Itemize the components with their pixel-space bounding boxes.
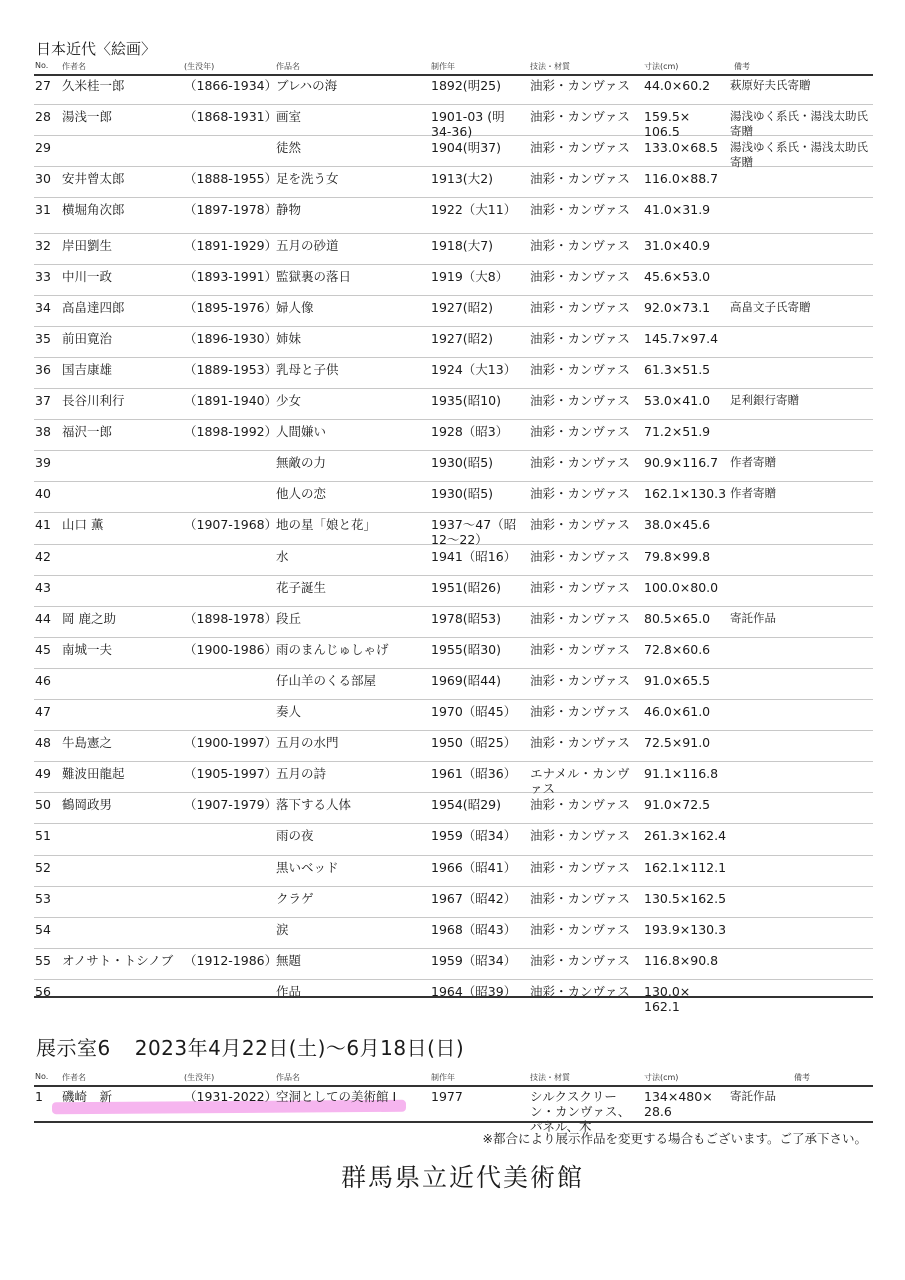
table-row: 34高畠達四郎（1895-1976）婦人像1927(昭2)油彩・カンヴァス92.… <box>34 296 873 327</box>
table-row: 32岸田劉生（1891-1929）五月の砂道1918(大7)油彩・カンヴァス31… <box>34 234 873 265</box>
artist-name: オノサト・トシノブ <box>62 953 173 968</box>
technique-material: 油彩・カンヴァス <box>530 673 635 688</box>
artist-name: 長谷川利行 <box>62 393 125 408</box>
artist-name: 南城一夫 <box>62 642 112 657</box>
dimensions: 145.7×97.4 <box>644 331 724 346</box>
artist-name: 前田寛治 <box>62 331 112 346</box>
table-row: 28湯浅一郎（1868-1931）画室1901-03 (明34-36)油彩・カン… <box>34 105 873 136</box>
artist-name: 難波田龍起 <box>62 766 125 781</box>
remarks: 湯浅ゆく系氏・湯浅太助氏寄贈 <box>730 140 876 170</box>
production-year: 1930(昭5) <box>431 455 523 470</box>
production-year: 1937～47（昭12～22） <box>431 517 523 547</box>
work-title: 涙 <box>276 922 289 937</box>
remarks: 作者寄贈 <box>730 486 876 501</box>
technique-material: 油彩・カンヴァス <box>530 455 635 470</box>
production-year: 1959（昭34） <box>431 953 523 968</box>
table-row: 55オノサト・トシノブ（1912-1986）無題1959（昭34）油彩・カンヴァ… <box>34 949 873 980</box>
artist-name: 牛島憲之 <box>62 735 112 750</box>
technique-material: 油彩・カンヴァス <box>530 393 635 408</box>
row-number: 40 <box>35 486 51 501</box>
table-row: 47奏人1970（昭45）油彩・カンヴァス46.0×61.0 <box>34 700 873 731</box>
artist-name: 安井曾太郎 <box>62 171 125 186</box>
remarks: 湯浅ゆく系氏・湯浅太助氏寄贈 <box>730 109 876 139</box>
row-number: 36 <box>35 362 51 377</box>
row-number: 46 <box>35 673 51 688</box>
table-row: 27久米桂一郎（1866-1934）ブレハの海1892(明25)油彩・カンヴァス… <box>34 74 873 105</box>
row-number: 51 <box>35 828 51 843</box>
remarks: 高畠文子氏寄贈 <box>730 300 876 315</box>
dimensions: 31.0×40.9 <box>644 238 724 253</box>
production-year: 1954(昭29) <box>431 797 523 812</box>
work-title: 姉妹 <box>276 331 301 346</box>
work-title: ブレハの海 <box>276 78 337 93</box>
production-year: 1935(昭10) <box>431 393 523 408</box>
dimensions: 72.5×91.0 <box>644 735 724 750</box>
work-title: 水 <box>276 549 289 564</box>
technique-material: 油彩・カンヴァス <box>530 642 635 657</box>
life-years: （1898-1992） <box>184 424 277 439</box>
notice-text: ※都合により展示作品を変更する場合もございます。ご了承下さい。 <box>483 1129 867 1147</box>
col-life: (生没年) <box>184 61 214 72</box>
dimensions: 130.5×162.5 <box>644 891 724 906</box>
table-row: 1磯崎 新（1931-2022）空洞としての美術館 I1977シルクスクリーン・… <box>34 1085 873 1121</box>
production-year: 1941（昭16） <box>431 549 523 564</box>
row-number: 43 <box>35 580 51 595</box>
life-years: （1891-1929） <box>184 238 277 253</box>
artist-name: 山口 薫 <box>62 517 103 532</box>
table-row: 51雨の夜1959（昭34）油彩・カンヴァス261.3×162.4 <box>34 824 873 856</box>
table-row: 38福沢一郎（1898-1992）人間嫌い1928（昭3）油彩・カンヴァス71.… <box>34 420 873 451</box>
table-row: 50鶴岡政男（1907-1979）落下する人体1954(昭29)油彩・カンヴァス… <box>34 793 873 824</box>
dimensions: 38.0×45.6 <box>644 517 724 532</box>
technique-material: 油彩・カンヴァス <box>530 735 635 750</box>
artist-name: 鶴岡政男 <box>62 797 112 812</box>
col-title: 作品名 <box>276 1072 300 1083</box>
table-row: 29徒然1904(明37)油彩・カンヴァス133.0×68.5湯浅ゆく系氏・湯浅… <box>34 136 873 167</box>
dimensions: 91.0×72.5 <box>644 797 724 812</box>
dimensions: 44.0×60.2 <box>644 78 724 93</box>
artist-name: 岡 鹿之助 <box>62 611 116 626</box>
table-row: 40他人の恋1930(昭5)油彩・カンヴァス162.1×130.3作者寄贈 <box>34 482 873 513</box>
row-number: 45 <box>35 642 51 657</box>
dimensions: 91.1×116.8 <box>644 766 724 781</box>
technique-material: 油彩・カンヴァス <box>530 828 635 843</box>
dimensions: 46.0×61.0 <box>644 704 724 719</box>
work-title: 静物 <box>276 202 301 217</box>
production-year: 1961（昭36） <box>431 766 523 781</box>
work-title: 黒いベッド <box>276 860 339 875</box>
work-title: 仔山羊のくる部屋 <box>276 673 376 688</box>
artist-name: 岸田劉生 <box>62 238 112 253</box>
col-artist: 作者名 <box>62 61 86 72</box>
work-title: 画室 <box>276 109 301 124</box>
work-title: 五月の水門 <box>276 735 339 750</box>
dimensions: 162.1×130.3 <box>644 486 724 501</box>
table-row: 52黒いベッド1966（昭41）油彩・カンヴァス162.1×112.1 <box>34 856 873 887</box>
dimensions: 159.5× 106.5 <box>644 109 724 139</box>
table-row: 42水1941（昭16）油彩・カンヴァス79.8×99.8 <box>34 545 873 576</box>
row-number: 47 <box>35 704 51 719</box>
work-title: 五月の詩 <box>276 766 326 781</box>
life-years: （1866-1934） <box>184 78 277 93</box>
work-title: 花子誕生 <box>276 580 326 595</box>
table-row: 33中川一政（1893-1991）監獄裏の落日1919（大8）油彩・カンヴァス4… <box>34 265 873 296</box>
technique-material: 油彩・カンヴァス <box>530 922 635 937</box>
production-year: 1966（昭41） <box>431 860 523 875</box>
col-note: 備考 <box>794 1072 810 1083</box>
row-number: 39 <box>35 455 51 470</box>
room6-title: 展示室6 <box>36 1036 111 1060</box>
row-number: 1 <box>35 1089 43 1104</box>
technique-material: 油彩・カンヴァス <box>530 549 635 564</box>
room6-end-rule <box>34 1121 873 1123</box>
table-row: 54涙1968（昭43）油彩・カンヴァス193.9×130.3 <box>34 918 873 949</box>
dimensions: 116.0×88.7 <box>644 171 724 186</box>
life-years: （1868-1931） <box>184 109 277 124</box>
table-row: 31横堀角次郎（1897-1978）静物1922（大11）油彩・カンヴァス41.… <box>34 198 873 234</box>
work-title: クラゲ <box>276 891 314 906</box>
row-number: 32 <box>35 238 51 253</box>
row-number: 53 <box>35 891 51 906</box>
dimensions: 90.9×116.7 <box>644 455 724 470</box>
row-number: 52 <box>35 860 51 875</box>
production-year: 1924（大13） <box>431 362 523 377</box>
artist-name: 国吉康雄 <box>62 362 112 377</box>
row-number: 34 <box>35 300 51 315</box>
life-years: （1931-2022） <box>184 1089 277 1104</box>
remarks: 足利銀行寄贈 <box>730 393 876 408</box>
work-title: 雨のまんじゅしゃげ <box>276 642 389 657</box>
row-number: 44 <box>35 611 51 626</box>
row-number: 27 <box>35 78 51 93</box>
dimensions: 116.8×90.8 <box>644 953 724 968</box>
table-row: 41山口 薫（1907-1968）地の星「娘と花」1937～47（昭12～22）… <box>34 513 873 545</box>
table-row: 48牛島憲之（1900-1997）五月の水門1950（昭25）油彩・カンヴァス7… <box>34 731 873 762</box>
table-row: 53クラゲ1967（昭42）油彩・カンヴァス130.5×162.5 <box>34 887 873 918</box>
technique-material: 油彩・カンヴァス <box>530 109 635 124</box>
technique-material: 油彩・カンヴァス <box>530 300 635 315</box>
life-years: （1896-1930） <box>184 331 277 346</box>
dimensions: 45.6×53.0 <box>644 269 724 284</box>
technique-material: 油彩・カンヴァス <box>530 202 635 217</box>
row-number: 28 <box>35 109 51 124</box>
dimensions: 72.8×60.6 <box>644 642 724 657</box>
remarks: 寄託作品 <box>730 611 876 626</box>
works-table: 27久米桂一郎（1866-1934）ブレハの海1892(明25)油彩・カンヴァス… <box>34 74 873 1012</box>
work-title: 雨の夜 <box>276 828 314 843</box>
production-year: 1913(大2) <box>431 171 523 186</box>
work-title: 落下する人体 <box>276 797 351 812</box>
row-number: 30 <box>35 171 51 186</box>
production-year: 1918(大7) <box>431 238 523 253</box>
table-row: 37長谷川利行（1891-1940）少女1935(昭10)油彩・カンヴァス53.… <box>34 389 873 420</box>
col-year: 制作年 <box>431 1072 455 1083</box>
technique-material: 油彩・カンヴァス <box>530 611 635 626</box>
work-title: 奏人 <box>276 704 301 719</box>
technique-material: 油彩・カンヴァス <box>530 331 635 346</box>
work-title: 他人の恋 <box>276 486 326 501</box>
production-year: 1969(昭44) <box>431 673 523 688</box>
room6-dates: 2023年4月22日(土)～6月18日(日) <box>135 1036 464 1060</box>
life-years: （1907-1968） <box>184 517 277 532</box>
col-note: 備考 <box>734 61 750 72</box>
production-year: 1922（大11） <box>431 202 523 217</box>
technique-material: 油彩・カンヴァス <box>530 580 635 595</box>
technique-material: 油彩・カンヴァス <box>530 891 635 906</box>
artist-name: 磯崎 新 <box>62 1089 112 1104</box>
table-row: 49難波田龍起（1905-1997）五月の詩1961（昭36）エナメル・カンヴァ… <box>34 762 873 793</box>
technique-material: 油彩・カンヴァス <box>530 953 635 968</box>
life-years: （1900-1986） <box>184 642 277 657</box>
row-number: 29 <box>35 140 51 155</box>
table-end-rule <box>34 996 873 998</box>
col-technique: 技法・材質 <box>530 1072 570 1083</box>
artist-name: 横堀角次郎 <box>62 202 125 217</box>
col-life: (生没年) <box>184 1072 214 1083</box>
dimensions: 71.2×51.9 <box>644 424 724 439</box>
technique-material: 油彩・カンヴァス <box>530 362 635 377</box>
row-number: 41 <box>35 517 51 532</box>
production-year: 1927(昭2) <box>431 300 523 315</box>
work-title: 人間嫌い <box>276 424 326 439</box>
technique-material: 油彩・カンヴァス <box>530 704 635 719</box>
col-size: 寸法(cm) <box>644 1072 678 1083</box>
production-year: 1901-03 (明34-36) <box>431 109 523 139</box>
work-title: 五月の砂道 <box>276 238 339 253</box>
table-row: 46仔山羊のくる部屋1969(昭44)油彩・カンヴァス91.0×65.5 <box>34 669 873 700</box>
row-number: 37 <box>35 393 51 408</box>
production-year: 1927(昭2) <box>431 331 523 346</box>
artist-name: 久米桂一郎 <box>62 78 125 93</box>
dimensions: 162.1×112.1 <box>644 860 724 875</box>
col-no: No. <box>35 1072 48 1081</box>
work-title: 無題 <box>276 953 301 968</box>
dimensions: 261.3×162.4 <box>644 828 724 843</box>
technique-material: 油彩・カンヴァス <box>530 424 635 439</box>
row-number: 33 <box>35 269 51 284</box>
production-year: 1959（昭34） <box>431 828 523 843</box>
dimensions: 80.5×65.0 <box>644 611 724 626</box>
dimensions: 61.3×51.5 <box>644 362 724 377</box>
life-years: （1912-1986） <box>184 953 277 968</box>
technique-material: 油彩・カンヴァス <box>530 486 635 501</box>
row-number: 38 <box>35 424 51 439</box>
technique-material: 油彩・カンヴァス <box>530 269 635 284</box>
work-title: 少女 <box>276 393 301 408</box>
col-technique: 技法・材質 <box>530 61 570 72</box>
work-title: 地の星「娘と花」 <box>276 517 376 532</box>
production-year: 1930(昭5) <box>431 486 523 501</box>
work-title: 空洞としての美術館 I <box>276 1089 396 1104</box>
life-years: （1900-1997） <box>184 735 277 750</box>
col-title: 作品名 <box>276 61 300 72</box>
artist-name: 福沢一郎 <box>62 424 112 439</box>
row-number: 35 <box>35 331 51 346</box>
table-row: 36国吉康雄（1889-1953）乳母と子供1924（大13）油彩・カンヴァス6… <box>34 358 873 389</box>
row-number: 42 <box>35 549 51 564</box>
dimensions: 91.0×65.5 <box>644 673 724 688</box>
work-title: 監獄裏の落日 <box>276 269 351 284</box>
table-row: 45南城一夫（1900-1986）雨のまんじゅしゃげ1955(昭30)油彩・カン… <box>34 638 873 669</box>
technique-material: エナメル・カンヴァス <box>530 766 635 796</box>
technique-material: 油彩・カンヴァス <box>530 238 635 253</box>
col-no: No. <box>35 61 48 70</box>
col-year: 制作年 <box>431 61 455 72</box>
remarks: 萩原好夫氏寄贈 <box>730 78 876 93</box>
row-number: 55 <box>35 953 51 968</box>
table-row: 30安井曾太郎（1888-1955）足を洗う女1913(大2)油彩・カンヴァス1… <box>34 167 873 198</box>
remarks: 作者寄贈 <box>730 455 876 470</box>
work-title: 無敵の力 <box>276 455 326 470</box>
row-number: 48 <box>35 735 51 750</box>
production-year: 1955(昭30) <box>431 642 523 657</box>
col-size: 寸法(cm) <box>644 61 678 72</box>
work-title: 段丘 <box>276 611 301 626</box>
life-years: （1897-1978） <box>184 202 277 217</box>
row-number: 31 <box>35 202 51 217</box>
technique-material: 油彩・カンヴァス <box>530 140 635 155</box>
dimensions: 130.0× 162.1 <box>644 984 724 1014</box>
production-year: 1977 <box>431 1089 523 1104</box>
life-years: （1895-1976） <box>184 300 277 315</box>
technique-material: 油彩・カンヴァス <box>530 517 635 532</box>
life-years: （1889-1953） <box>184 362 277 377</box>
life-years: （1898-1978） <box>184 611 277 626</box>
dimensions: 41.0×31.9 <box>644 202 724 217</box>
production-year: 1904(明37) <box>431 140 523 155</box>
row-number: 50 <box>35 797 51 812</box>
artist-name: 高畠達四郎 <box>62 300 125 315</box>
room6-heading: 展示室62023年4月22日(土)～6月18日(日) <box>36 1032 464 1061</box>
section-title: 日本近代〈絵画〉 <box>36 38 156 59</box>
work-title: 乳母と子供 <box>276 362 339 377</box>
table-row: 35前田寛治（1896-1930）姉妹1927(昭2)油彩・カンヴァス145.7… <box>34 327 873 358</box>
dimensions: 53.0×41.0 <box>644 393 724 408</box>
technique-material: 油彩・カンヴァス <box>530 171 635 186</box>
dimensions: 133.0×68.5 <box>644 140 724 155</box>
room6-table: 1磯崎 新（1931-2022）空洞としての美術館 I1977シルクスクリーン・… <box>34 1085 873 1121</box>
work-title: 徒然 <box>276 140 301 155</box>
dimensions: 134×480× 28.6 <box>644 1089 724 1119</box>
dimensions: 100.0×80.0 <box>644 580 724 595</box>
work-title: 婦人像 <box>276 300 314 315</box>
row-number: 54 <box>35 922 51 937</box>
production-year: 1970（昭45） <box>431 704 523 719</box>
life-years: （1891-1940） <box>184 393 277 408</box>
production-year: 1967（昭42） <box>431 891 523 906</box>
production-year: 1928（昭3） <box>431 424 523 439</box>
production-year: 1968（昭43） <box>431 922 523 937</box>
production-year: 1978(昭53) <box>431 611 523 626</box>
col-artist: 作者名 <box>62 1072 86 1083</box>
dimensions: 92.0×73.1 <box>644 300 724 315</box>
table-row: 44岡 鹿之助（1898-1978）段丘1978(昭53)油彩・カンヴァス80.… <box>34 607 873 638</box>
technique-material: 油彩・カンヴァス <box>530 797 635 812</box>
life-years: （1888-1955） <box>184 171 277 186</box>
dimensions: 193.9×130.3 <box>644 922 724 937</box>
technique-material: 油彩・カンヴァス <box>530 860 635 875</box>
production-year: 1951(昭26) <box>431 580 523 595</box>
table-row: 43花子誕生1951(昭26)油彩・カンヴァス100.0×80.0 <box>34 576 873 607</box>
life-years: （1893-1991） <box>184 269 277 284</box>
production-year: 1892(明25) <box>431 78 523 93</box>
technique-material: 油彩・カンヴァス <box>530 78 635 93</box>
production-year: 1950（昭25） <box>431 735 523 750</box>
artist-name: 中川一政 <box>62 269 112 284</box>
museum-name: 群馬県立近代美術館 <box>0 1158 905 1194</box>
row-number: 49 <box>35 766 51 781</box>
life-years: （1905-1997） <box>184 766 277 781</box>
work-title: 足を洗う女 <box>276 171 339 186</box>
production-year: 1919（大8） <box>431 269 523 284</box>
technique-material: シルクスクリーン・カンヴァス、パネル、木 <box>530 1089 635 1134</box>
table-row: 39無敵の力1930(昭5)油彩・カンヴァス90.9×116.7作者寄贈 <box>34 451 873 482</box>
artist-name: 湯浅一郎 <box>62 109 112 124</box>
remarks: 寄託作品 <box>730 1089 876 1104</box>
life-years: （1907-1979） <box>184 797 277 812</box>
dimensions: 79.8×99.8 <box>644 549 724 564</box>
